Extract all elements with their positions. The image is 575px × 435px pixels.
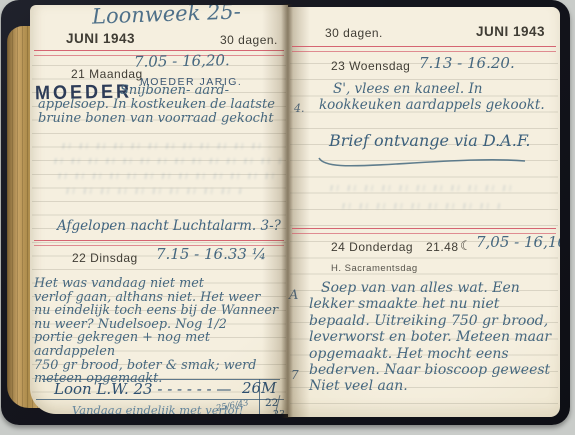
underline-stroke bbox=[316, 153, 528, 169]
ghost-writing bbox=[52, 158, 284, 164]
gutter-shadow bbox=[281, 4, 293, 418]
corner-number-top: 22 bbox=[265, 397, 278, 409]
entry-day-label: 24 Donderdag bbox=[331, 240, 413, 254]
wage-label: Loon L.W. 23 - - - - - - — bbox=[54, 380, 231, 398]
times-note: 7.15 - 16.33 ¼ bbox=[156, 245, 266, 263]
entry-body: Het was vandaag niet met verlof gaan, al… bbox=[34, 277, 286, 386]
corner-divider bbox=[259, 379, 260, 414]
ghost-writing bbox=[60, 143, 270, 149]
entry-body: Snijbonen- aard- appelsoep. In kostkeuke… bbox=[38, 84, 284, 126]
times-note: 7.05 - 16,20. bbox=[134, 51, 230, 71]
margin-mark: 4. bbox=[294, 102, 305, 115]
entry-body: Soep van van alles wat. Een lekker smaak… bbox=[309, 280, 557, 395]
days-count-label: 30 dagen. bbox=[325, 26, 383, 40]
entry-day-label: 22 Dinsdag bbox=[72, 251, 138, 265]
week-note: Loonweek 25- bbox=[92, 5, 242, 29]
last-quarter-moon-icon bbox=[460, 238, 472, 254]
left-page: Loonweek 25- JUNI 1943 30 dagen. 7.05 - … bbox=[30, 5, 288, 414]
right-page: 30 dagen. JUNI 1943 23 Woensdag 7.13 - 1… bbox=[288, 7, 560, 417]
entry-day-label: 23 Woensdag bbox=[331, 59, 410, 73]
holiday-label: H. Sacramentsdag bbox=[331, 263, 418, 274]
month-label: JUNI 1943 bbox=[476, 24, 545, 39]
ghost-writing bbox=[64, 188, 244, 194]
alarm-note: Afgelopen nacht Luchtalarm. 3-? bbox=[57, 218, 281, 234]
red-rule bbox=[292, 46, 556, 52]
moon-time: 21.48 bbox=[426, 240, 459, 254]
letter-note: Brief ontvange via D.A.F. bbox=[329, 131, 531, 150]
corner-stroke bbox=[275, 395, 281, 414]
times-note: 7,05 - 16,16. bbox=[476, 233, 560, 251]
ghost-writing bbox=[328, 185, 518, 191]
diary-photo: Loonweek 25- JUNI 1943 30 dagen. 7.05 - … bbox=[0, 0, 575, 435]
entry-day-label: 21 Maandag bbox=[71, 67, 143, 81]
ghost-writing bbox=[340, 203, 500, 209]
times-note: 7.13 - 16.20. bbox=[419, 54, 515, 72]
days-count-label: 30 dagen. bbox=[220, 33, 278, 47]
month-label: JUNI 1943 bbox=[66, 31, 135, 46]
entry-body: S', vlees en kaneel. In kookkeuken aarda… bbox=[319, 82, 555, 113]
ghost-writing bbox=[56, 173, 280, 179]
